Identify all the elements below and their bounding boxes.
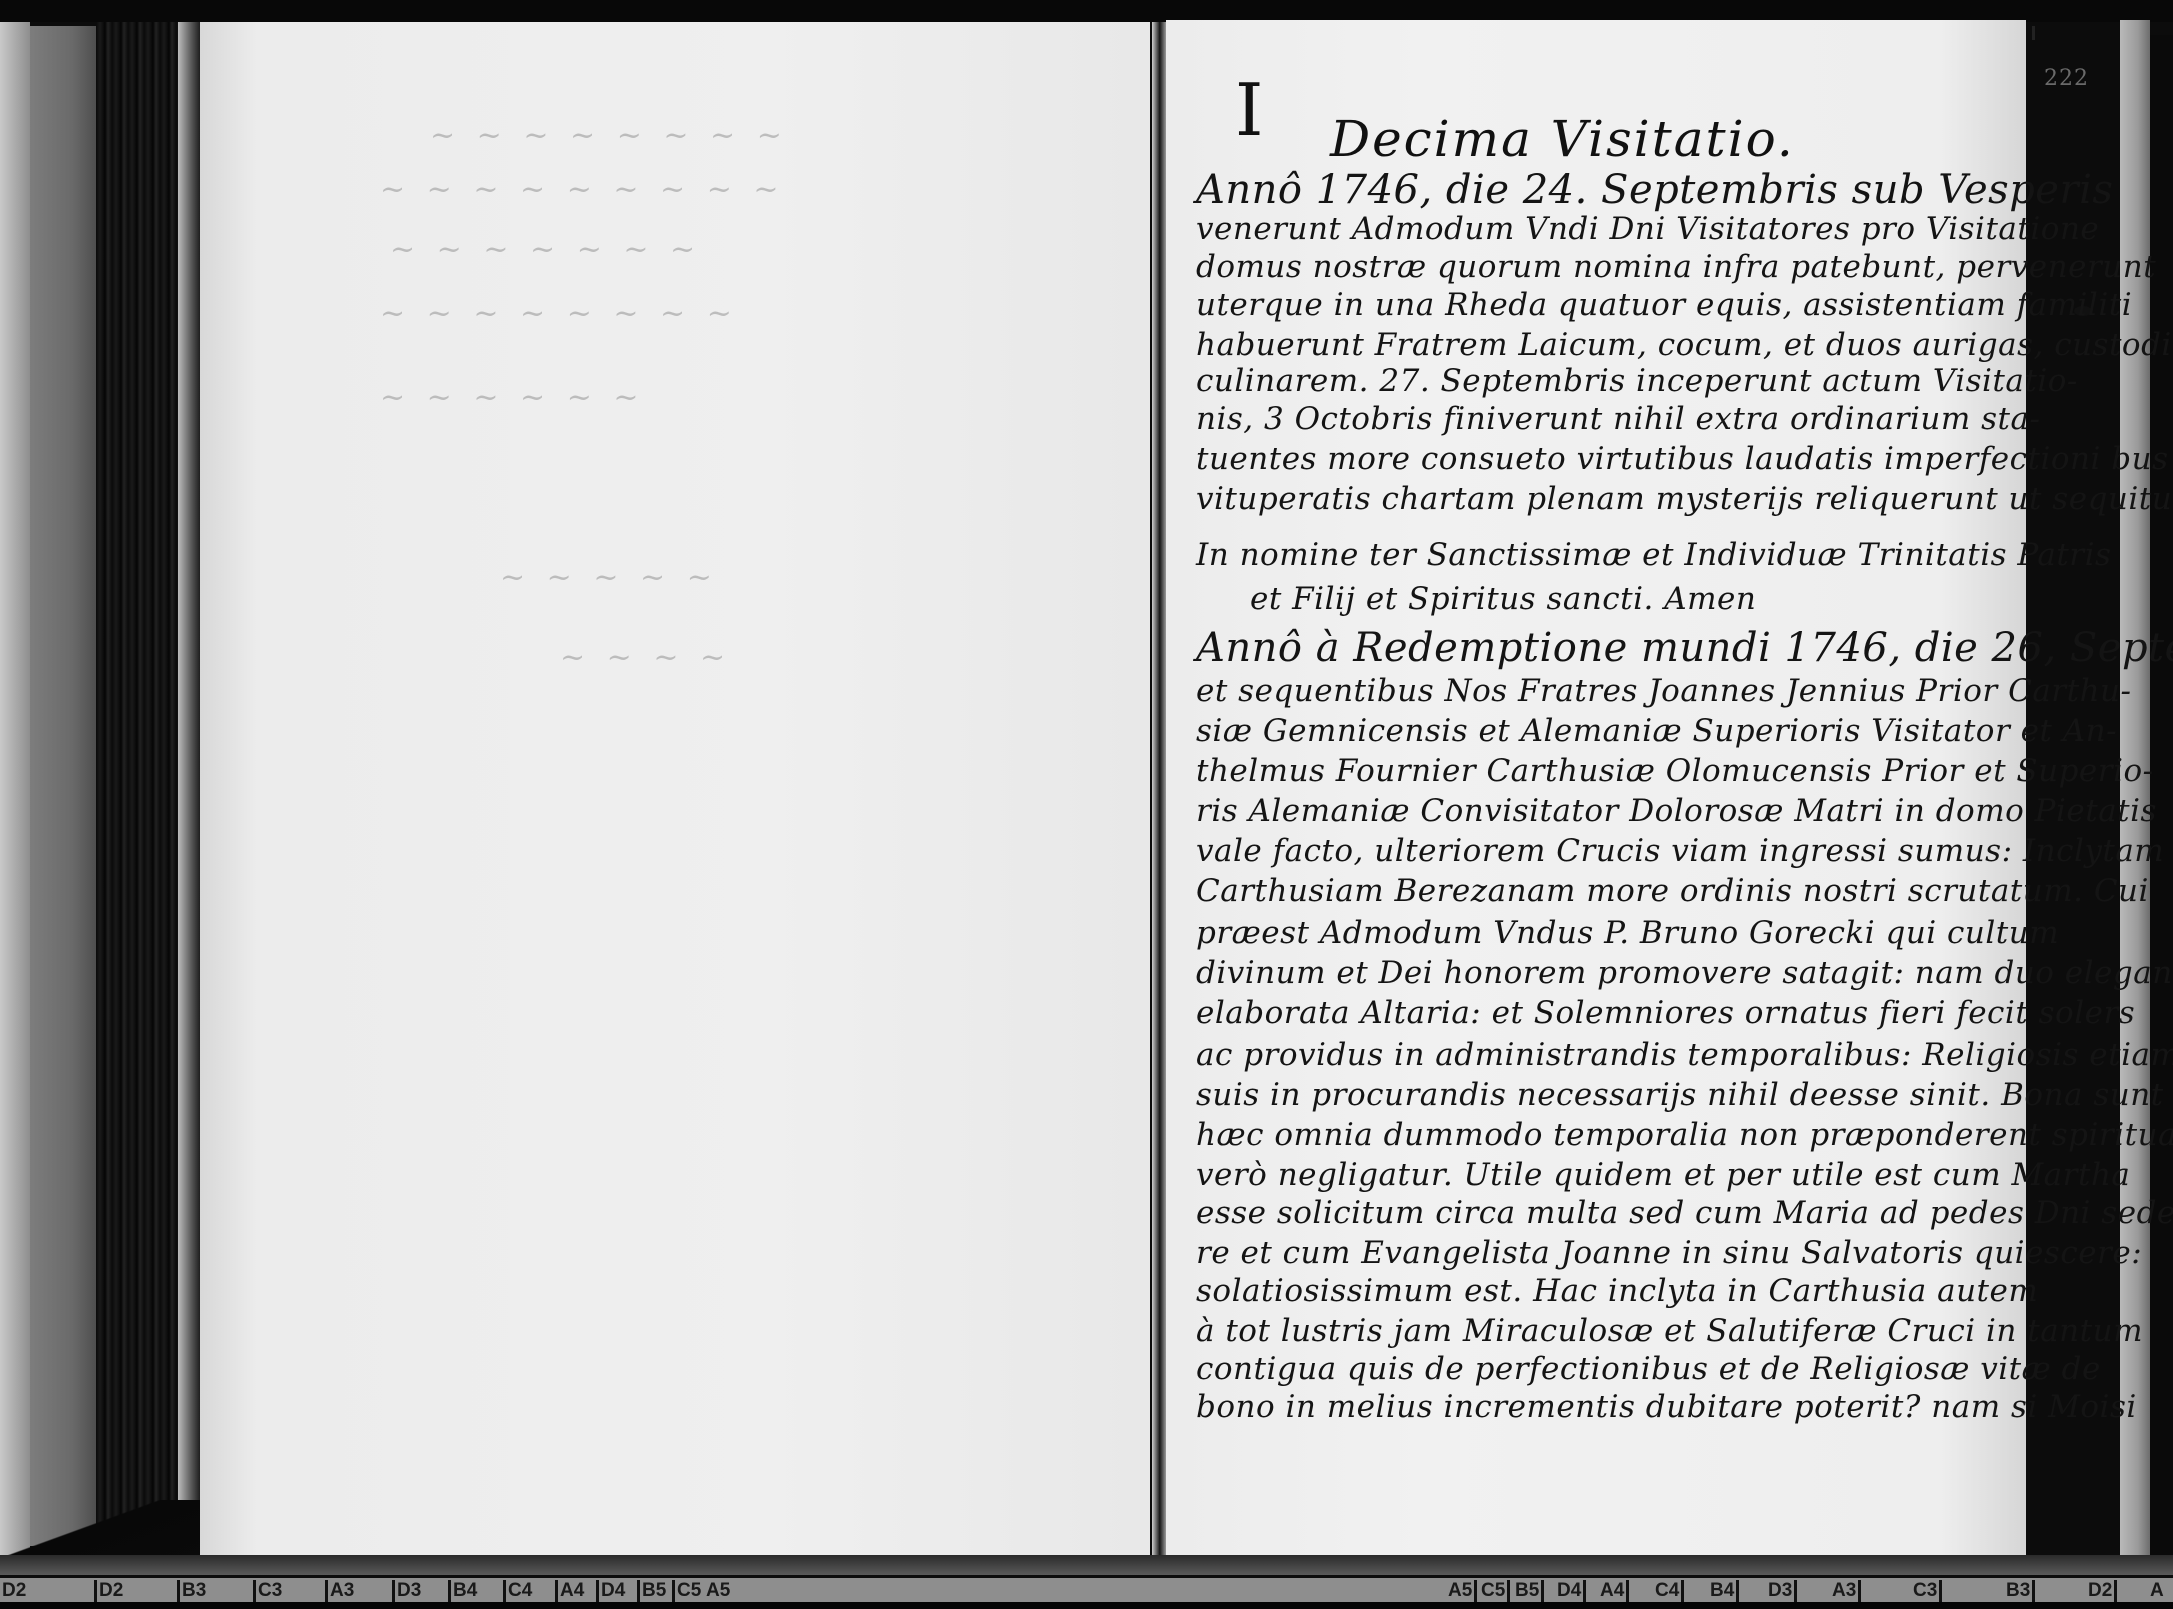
page-title: Decima Visitatio. <box>1330 110 1795 168</box>
book-cover-edge <box>30 26 100 1546</box>
manuscript-line: suis in procurandis necessarijs nihil de… <box>1196 1080 2164 1111</box>
book-edge-outer <box>0 22 30 1562</box>
manuscript-line: elaborata Altaria: et Solemniores ornatu… <box>1196 998 2135 1029</box>
manuscript-line: vale facto, ulteriorem Crucis viam ingre… <box>1196 836 2164 867</box>
microfilm-label: A5 <box>1448 1580 1477 1602</box>
manuscript-line: divinum et Dei honorem promovere satagit… <box>1196 958 2173 989</box>
manuscript-line: domus nostræ quorum nomina infra patebun… <box>1196 252 2156 283</box>
manuscript-line: verò negligatur. Utile quidem et per uti… <box>1196 1160 2130 1191</box>
microfilm-label: B4 <box>1710 1580 1739 1602</box>
invocation-line: et Filij et Spiritus sancti. Amen <box>1250 584 1756 615</box>
manuscript-line: tuentes more consueto virtutibus laudati… <box>1196 444 2169 475</box>
bottom-shadow <box>0 1555 2173 1575</box>
microfilm-label: A3 <box>325 1580 354 1602</box>
bottom-border <box>0 1602 2173 1609</box>
microfilm-label: A3 <box>1832 1580 1861 1602</box>
microfilm-label: C3 <box>253 1580 282 1602</box>
manuscript-line: Carthusiam Berezanam more ordinis nostri… <box>1196 876 2149 907</box>
microfilm-label: D4 <box>1557 1580 1586 1602</box>
book-corner-shadow <box>0 1500 230 1560</box>
microfilm-label: C3 <box>1913 1580 1942 1602</box>
microfilm-label: C5 <box>672 1580 701 1602</box>
microfilm-label: B5 <box>1515 1580 1544 1602</box>
microfilm-label: D2 <box>94 1580 123 1602</box>
microfilm-label: C5 <box>1481 1580 1510 1602</box>
manuscript-line: bono in melius incrementis dubitare pote… <box>1196 1392 2137 1423</box>
microfilm-label: C4 <box>503 1580 532 1602</box>
manuscript-line: ac providus in administrandis temporalib… <box>1196 1040 2173 1071</box>
manuscript-line: præest Admodum Vndus P. Bruno Gorecki qu… <box>1196 918 2059 949</box>
microfilm-label: D3 <box>392 1580 421 1602</box>
manuscript-line: thelmus Fournier Carthusiæ Olomucensis P… <box>1196 756 2154 787</box>
microfilm-label: A <box>2150 1580 2166 1602</box>
microfilm-label: A4 <box>555 1580 584 1602</box>
microfilm-label: D4 <box>596 1580 625 1602</box>
manuscript-line: culinarem. 27. Septembris inceperunt act… <box>1196 366 2078 397</box>
manuscript-line: et sequentibus Nos Fratres Joannes Jenni… <box>1196 676 2132 707</box>
manuscript-line: à tot lustris jam Miraculosæ et Salutife… <box>1196 1316 2143 1347</box>
microfilm-label: D2 <box>0 1580 26 1602</box>
manuscript-line: Annô à Redemptione mundi 1746, die 26, S… <box>1196 628 2173 668</box>
microfilm-label: A5 <box>704 1580 730 1602</box>
microfilm-label: B3 <box>177 1580 206 1602</box>
invocation-line: In nomine ter Sanctissimæ et Individuæ T… <box>1196 540 2111 571</box>
bleed-through-line: ~ ~ ~ ~ ~ ~ ~ ~ <box>430 118 788 153</box>
microfilm-label: B4 <box>448 1580 477 1602</box>
section-mark: I <box>1235 68 1263 152</box>
bleed-through-line: ~ ~ ~ ~ ~ ~ ~ ~ ~ <box>380 172 785 207</box>
bleed-through-line: ~ ~ ~ ~ ~ ~ ~ ~ <box>380 296 738 331</box>
microfilm-label: D3 <box>1768 1580 1797 1602</box>
page-gutter <box>1152 22 1166 1562</box>
manuscript-line: hæc omnia dummodo temporalia non præpond… <box>1196 1120 2173 1151</box>
manuscript-scan: ~ ~ ~ ~ ~ ~ ~ ~ ~ ~ ~ ~ ~ ~ ~ ~ ~ ~ ~ ~ … <box>0 0 2173 1609</box>
bleed-through-line: ~ ~ ~ ~ ~ ~ <box>380 380 645 415</box>
folio-number: 222 <box>2044 66 2089 91</box>
bleed-through-line: ~ ~ ~ ~ ~ ~ ~ <box>390 232 701 267</box>
manuscript-line: Annô 1746, die 24. Septembris sub Vesper… <box>1196 170 2113 210</box>
manuscript-line: contigua quis de perfectionibus et de Re… <box>1196 1354 2101 1385</box>
microfilm-label: B5 <box>637 1580 666 1602</box>
manuscript-line: habuerunt Fratrem Laicum, cocum, et duos… <box>1196 330 2173 361</box>
manuscript-line: nis, 3 Octobris finiverunt nihil extra o… <box>1196 404 2040 435</box>
manuscript-line: siæ Gemnicensis et Alemaniæ Superioris V… <box>1196 716 2117 747</box>
microfilm-label: D2 <box>2088 1580 2117 1602</box>
bleed-through-line: ~ ~ ~ ~ <box>560 640 731 675</box>
manuscript-line: solatiosissimum est. Hac inclyta in Cart… <box>1196 1276 2038 1307</box>
manuscript-line: re et cum Evangelista Joanne in sinu Sal… <box>1196 1238 2142 1269</box>
book-page-stack-edge <box>178 22 200 1562</box>
bleed-through-line: ~ ~ ~ ~ ~ <box>500 560 718 595</box>
top-border <box>0 0 2173 22</box>
manuscript-line: vituperatis chartam plenam mysterijs rel… <box>1196 484 2173 515</box>
ink-tick-mark <box>2032 26 2035 40</box>
microfilm-label: A4 <box>1600 1580 1629 1602</box>
manuscript-line: venerunt Admodum Vndi Dni Visitatores pr… <box>1196 214 2099 245</box>
manuscript-line: esse solicitum circa multa sed cum Maria… <box>1196 1198 2173 1229</box>
manuscript-line: uterque in una Rheda quatuor equis, assi… <box>1196 290 2132 321</box>
microfilm-label: B3 <box>2006 1580 2035 1602</box>
manuscript-line: ris Alemaniæ Convisitator Dolorosæ Matri… <box>1196 796 2157 827</box>
microfilm-label: C4 <box>1655 1580 1684 1602</box>
